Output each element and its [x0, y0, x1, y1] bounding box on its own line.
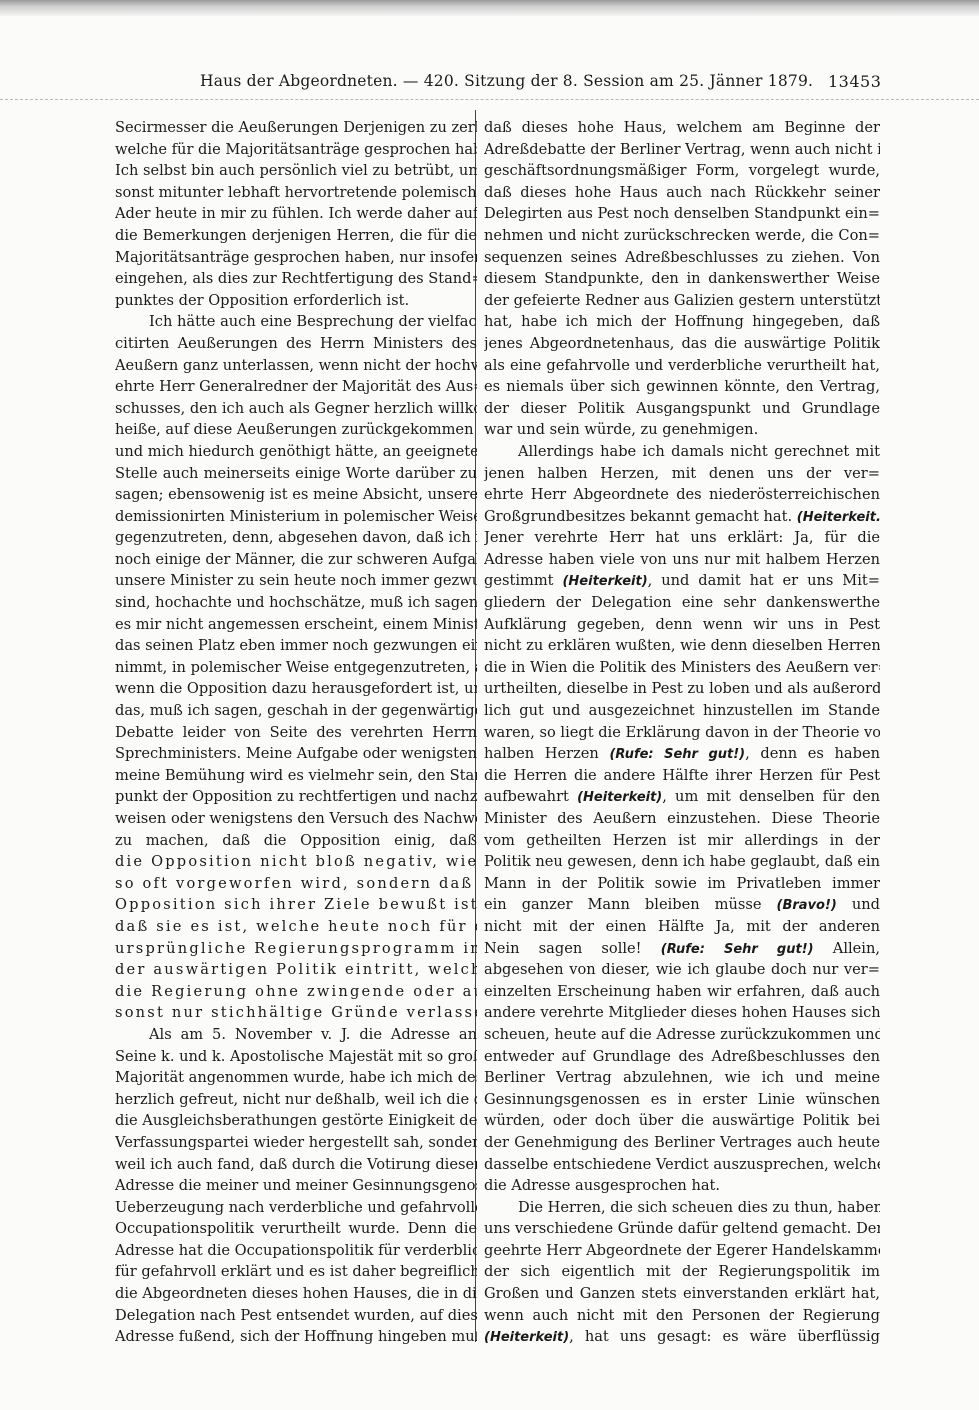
line-text: wenn auch nicht mit den Personen der Reg…: [484, 1307, 880, 1324]
line-text: ehrte Herr Generalredner der Majorität d…: [115, 378, 477, 395]
line-text: die Ausgleichsberathungen gestörte Einig…: [115, 1112, 477, 1129]
text-line: Aeußern ganz unterlassen, wenn nicht der…: [115, 355, 477, 377]
line-text: Berliner Vertrag abzulehnen, wie ich und…: [484, 1069, 880, 1086]
line-text: sagen; ebensowenig ist es meine Absicht,…: [115, 486, 477, 503]
line-text: eingehen, als dies zur Rechtfertigung de…: [115, 270, 477, 287]
text-line: geschäftsordnungsmäßiger Form, vorgelegt…: [484, 160, 880, 182]
text-line: Adresse die meiner und meiner Gesinnungs…: [115, 1175, 477, 1197]
line-text: demissionirten Ministerium in polemische…: [115, 508, 477, 525]
text-line: Großgrundbesitzes bekannt gemacht hat. (…: [484, 506, 880, 528]
text-line: welche für die Majoritätsanträge gesproc…: [115, 139, 477, 161]
text-line: vom getheilten Herzen ist mir allerdings…: [484, 830, 880, 852]
line-text: unsere Minister zu sein heute noch immer…: [115, 572, 477, 589]
text-line: meine Bemühung wird es vielmehr sein, de…: [115, 765, 477, 787]
interjection: (Heiterkeit): [484, 1330, 569, 1345]
line-text: heiße, auf diese Aeußerungen zurückgekom…: [115, 421, 477, 438]
text-line: ein ganzer Mann bleiben müsse (Bravo!) u…: [484, 894, 880, 916]
text-line: es mir nicht angemessen erscheint, einem…: [115, 614, 477, 636]
line-text: jenen halben Herzen, mit denen uns der v…: [484, 465, 880, 482]
line-text: Nein sagen solle!: [484, 940, 642, 957]
text-line: abgesehen von dieser, wie ich glaube doc…: [484, 959, 880, 981]
line-text: Mann in der Politik sowie im Privatleben…: [484, 875, 880, 892]
text-line: Berliner Vertrag abzulehnen, wie ich und…: [484, 1067, 880, 1089]
line-text: Sprechministers. Meine Aufgabe oder weni…: [115, 745, 477, 762]
text-line: Aufklärung gegeben, denn wenn wir uns in…: [484, 614, 880, 636]
text-line: Politik neu gewesen, denn ich habe gegla…: [484, 851, 880, 873]
line-text: gestimmt: [484, 572, 554, 589]
line-text: ehrte Herr Abgeordnete des niederösterre…: [484, 486, 880, 503]
text-line: Debatte leider von Seite des verehrten H…: [115, 722, 477, 744]
text-line: so oft vorgeworfen wird, sondern daß die: [115, 873, 477, 895]
line-text: punkt der Opposition zu rechtfertigen un…: [115, 788, 477, 805]
line-text: Ich hätte auch eine Besprechung der viel…: [149, 313, 477, 330]
text-line: sonst nur stichhältige Gründe verlassen …: [115, 1002, 477, 1024]
text-line: Ueberzeugung nach verderbliche und gefah…: [115, 1197, 477, 1219]
text-line: Ader heute in mir zu fühlen. Ich werde d…: [115, 203, 477, 225]
line-text: die in Wien die Politik des Ministers de…: [484, 659, 880, 676]
text-line: die Ausgleichsberathungen gestörte Einig…: [115, 1110, 477, 1132]
line-text: sonst nur stichhältige Gründe verlassen …: [115, 1004, 477, 1021]
text-line: die Abgeordneten dieses hohen Hauses, di…: [115, 1283, 477, 1305]
line-text: Verfassungspartei wieder hergestellt sah…: [115, 1134, 477, 1151]
line-tail: , hat uns gesagt: es wäre überflüssig: [569, 1328, 880, 1345]
text-line: Majoritätsanträge gesprochen haben, nur …: [115, 247, 477, 269]
line-text: der dieser Politik Ausgangspunkt und Gru…: [484, 400, 880, 417]
line-text: Opposition sich ihrer Ziele bewußt ist, …: [115, 896, 477, 913]
text-line: noch einige der Männer, die zur schweren…: [115, 549, 477, 571]
line-text: geschäftsordnungsmäßiger Form, vorgelegt…: [484, 162, 880, 179]
line-text: zu machen, daß die Opposition einig, daß: [115, 832, 477, 849]
text-line: daß dieses hohe Haus, welchem am Beginne…: [484, 117, 880, 139]
text-line: und mich hiedurch genöthigt hätte, an ge…: [115, 441, 477, 463]
text-line: die Herren die andere Hälfte ihrer Herze…: [484, 765, 880, 787]
text-line: aufbewahrt (Heiterkeit), um mit denselbe…: [484, 786, 880, 808]
line-text: Gesinnungsgenossen es in erster Linie wü…: [484, 1091, 880, 1108]
text-line: Seine k. und k. Apostolische Majestät mi…: [115, 1046, 477, 1068]
line-text: nicht mit der einen Hälfte Ja, mit der a…: [484, 918, 880, 935]
text-line: Delegation nach Pest entsendet wurden, a…: [115, 1305, 477, 1327]
right-column: daß dieses hohe Haus, welchem am Beginne…: [484, 117, 880, 1348]
line-text: Minister des Aeußern einzustehen. Diese …: [484, 810, 880, 827]
line-text: geehrte Herr Abgeordnete der Egerer Hand…: [484, 1242, 880, 1259]
text-line: Sprechministers. Meine Aufgabe oder weni…: [115, 743, 477, 765]
text-line: Nein sagen solle! (Rufe: Sehr gut!) Alle…: [484, 938, 880, 960]
line-text: Großgrundbesitzes bekannt gemacht hat.: [484, 508, 792, 525]
line-text: weil ich auch fand, daß durch die Votiru…: [115, 1156, 477, 1173]
text-line: sagen; ebensowenig ist es meine Absicht,…: [115, 484, 477, 506]
line-text: scheuen, heute auf die Adresse zurückzuk…: [484, 1026, 880, 1043]
text-line: scheuen, heute auf die Adresse zurückzuk…: [484, 1024, 880, 1046]
line-text: Ader heute in mir zu fühlen. Ich werde d…: [115, 205, 477, 222]
header-rule: [0, 99, 979, 100]
text-line: jenes Abgeordnetenhaus, das die auswärti…: [484, 333, 880, 355]
line-text: welche für die Majoritätsanträge gesproc…: [115, 141, 477, 158]
text-line: punktes der Opposition erforderlich ist.: [115, 290, 477, 312]
line-text: der sich eigentlich mit der Regierungspo…: [484, 1263, 880, 1280]
line-text: Secirmesser die Aeußerungen Derjenigen z…: [115, 119, 477, 136]
line-text: meine Bemühung wird es vielmehr sein, de…: [115, 767, 477, 784]
text-line: schusses, den ich auch als Gegner herzli…: [115, 398, 477, 420]
line-text: Ich selbst bin auch persönlich viel zu b…: [115, 162, 477, 179]
line-text: sonst mitunter lebhaft hervortretende po…: [115, 184, 477, 201]
line-text: es mir nicht angemessen erscheint, einem…: [115, 616, 477, 633]
text-line: Jener verehrte Herr hat uns erklärt: Ja,…: [484, 527, 880, 549]
line-text: Adresse fußend, sich der Hoffnung hingeb…: [115, 1328, 477, 1345]
left-column: Secirmesser die Aeußerungen Derjenigen z…: [115, 117, 477, 1348]
line-text: Occupationspolitik verurtheilt wurde. De…: [115, 1220, 477, 1237]
line-text: die Regierung ohne zwingende oder auch: [115, 983, 477, 1000]
line-text: würden, oder doch über die auswärtige Po…: [484, 1112, 880, 1129]
line-text: Allerdings habe ich damals nicht gerechn…: [518, 443, 880, 460]
line-text: diesem Standpunkte, den in dankenswerthe…: [484, 270, 880, 287]
line-text: gegenzutreten, denn, abgesehen davon, da…: [115, 529, 477, 546]
line-tail: und: [837, 896, 880, 913]
line-text: jenes Abgeordnetenhaus, das die auswärti…: [484, 335, 880, 352]
line-text: Debatte leider von Seite des verehrten H…: [115, 724, 477, 741]
text-line: Adresse fußend, sich der Hoffnung hingeb…: [115, 1326, 477, 1348]
text-line: entweder auf Grundlage des Adreßbeschlus…: [484, 1046, 880, 1068]
text-line: Als am 5. November v. J. die Adresse an: [115, 1024, 477, 1046]
line-text: schusses, den ich auch als Gegner herzli…: [115, 400, 477, 417]
line-text: ursprüngliche Regierungsprogramm in: [115, 940, 477, 957]
text-line: Adresse haben viele von uns nur mit halb…: [484, 549, 880, 571]
text-line: ehrte Herr Generalredner der Majorität d…: [115, 376, 477, 398]
line-text: das, muß ich sagen, geschah in der gegen…: [115, 702, 477, 719]
line-text: wenn die Opposition dazu herausgefordert…: [115, 680, 477, 697]
text-line: uns verschiedene Gründe dafür geltend ge…: [484, 1218, 880, 1240]
line-text: und mich hiedurch genöthigt hätte, an ge…: [115, 443, 477, 460]
line-text: hat, habe ich mich der Hoffnung hingegeb…: [484, 313, 880, 330]
text-line: nimmt, in polemischer Weise entgegenzutr…: [115, 657, 477, 679]
line-text: es niemals über sich gewinnen könnte, de…: [484, 378, 880, 395]
text-line: die Bemerkungen derjenigen Herren, die f…: [115, 225, 477, 247]
text-line: nicht mit der einen Hälfte Ja, mit der a…: [484, 916, 880, 938]
line-text: Aeußern ganz unterlassen, wenn nicht der…: [115, 357, 477, 374]
text-line: andere verehrte Mitglieder dieses hohen …: [484, 1002, 880, 1024]
text-line: die Adresse ausgesprochen hat.: [484, 1175, 880, 1197]
line-text: Die Herren, die sich scheuen dies zu thu…: [518, 1199, 880, 1216]
line-text: nicht zu erklären wußten, wie denn diese…: [484, 637, 880, 654]
text-line: Mann in der Politik sowie im Privatleben…: [484, 873, 880, 895]
text-line: Adreßdebatte der Berliner Vertrag, wenn …: [484, 139, 880, 161]
text-line: weil ich auch fand, daß durch die Votiru…: [115, 1154, 477, 1176]
text-line: wenn die Opposition dazu herausgefordert…: [115, 678, 477, 700]
line-text: andere verehrte Mitglieder dieses hohen …: [484, 1004, 880, 1021]
line-text: noch einige der Männer, die zur schweren…: [115, 551, 477, 568]
interjection: (Bravo!): [777, 898, 837, 913]
text-line: Majorität angenommen wurde, habe ich mic…: [115, 1067, 477, 1089]
line-text: Aufklärung gegeben, denn wenn wir uns in…: [484, 616, 880, 633]
line-text: urtheilten, dieselbe in Pest zu loben un…: [484, 680, 880, 697]
text-line: nehmen und nicht zurückschrecken werde, …: [484, 225, 880, 247]
line-text: Delegation nach Pest entsendet wurden, a…: [115, 1307, 477, 1324]
line-text: Seine k. und k. Apostolische Majestät mi…: [115, 1048, 477, 1065]
line-text: die Opposition nicht bloß negativ, wie i…: [115, 853, 477, 870]
text-line: diesem Standpunkte, den in dankenswerthe…: [484, 268, 880, 290]
text-line: sind, hochachte und hochschätze, muß ich…: [115, 592, 477, 614]
line-text: Majorität angenommen wurde, habe ich mic…: [115, 1069, 477, 1086]
text-line: die in Wien die Politik des Ministers de…: [484, 657, 880, 679]
text-line: punkt der Opposition zu rechtfertigen un…: [115, 786, 477, 808]
text-line: der sich eigentlich mit der Regierungspo…: [484, 1261, 880, 1283]
text-line: Die Herren, die sich scheuen dies zu thu…: [484, 1197, 880, 1219]
line-text: ein ganzer Mann bleiben müsse: [484, 896, 762, 913]
line-text: Adresse hat die Occupationspolitik für v…: [115, 1242, 477, 1259]
text-line: Occupationspolitik verurtheilt wurde. De…: [115, 1218, 477, 1240]
line-text: Jener verehrte Herr hat uns erklärt: Ja,…: [484, 529, 880, 546]
text-line: eingehen, als dies zur Rechtfertigung de…: [115, 268, 477, 290]
line-text: der gefeierte Redner aus Galizien gester…: [484, 292, 880, 309]
text-line: Secirmesser die Aeußerungen Derjenigen z…: [115, 117, 477, 139]
text-line: war und sein würde, zu genehmigen.: [484, 419, 880, 441]
line-text: die Adresse ausgesprochen hat.: [484, 1177, 720, 1194]
line-tail: , und damit hat er uns Mit=: [648, 572, 880, 589]
text-line: citirten Aeußerungen des Herrn Ministers…: [115, 333, 477, 355]
page-number: 13453: [828, 72, 881, 91]
line-tail: , denn es haben: [745, 745, 880, 762]
line-text: war und sein würde, zu genehmigen.: [484, 421, 758, 438]
line-tail: , um mit denselben für den: [662, 788, 880, 805]
text-line: (Heiterkeit), hat uns gesagt: es wäre üb…: [484, 1326, 880, 1348]
text-line: geehrte Herr Abgeordnete der Egerer Hand…: [484, 1240, 880, 1262]
text-line: Opposition sich ihrer Ziele bewußt ist, …: [115, 894, 477, 916]
interjection: (Heiterkeit): [577, 790, 662, 805]
text-line: jenen halben Herzen, mit denen uns der v…: [484, 463, 880, 485]
line-text: die Herren die andere Hälfte ihrer Herze…: [484, 767, 880, 784]
line-text: citirten Aeußerungen des Herrn Ministers…: [115, 335, 477, 352]
text-line: Ich hätte auch eine Besprechung der viel…: [115, 311, 477, 333]
line-text: aufbewahrt: [484, 788, 569, 805]
line-text: Politik neu gewesen, denn ich habe gegla…: [484, 853, 880, 870]
line-text: Adresse haben viele von uns nur mit halb…: [484, 551, 880, 568]
line-text: Großen und Ganzen stets einverstanden er…: [484, 1285, 880, 1302]
line-text: Delegirten aus Pest noch denselben Stand…: [484, 205, 880, 222]
line-text: vom getheilten Herzen ist mir allerdings…: [484, 832, 880, 849]
text-line: waren, so liegt die Erklärung davon in d…: [484, 722, 880, 744]
line-text: entweder auf Grundlage des Adreßbeschlus…: [484, 1048, 880, 1065]
running-head: Haus der Abgeordneten. — 420. Sitzung de…: [200, 72, 813, 90]
text-line: demissionirten Ministerium in polemische…: [115, 506, 477, 528]
line-text: Adresse die meiner und meiner Gesinnungs…: [115, 1177, 477, 1194]
line-text: dasselbe entschiedene Verdict auszusprec…: [484, 1156, 880, 1173]
interjection: (Rufe: Sehr gut!): [609, 747, 745, 762]
text-line: der gefeierte Redner aus Galizien gester…: [484, 290, 880, 312]
line-text: als eine gefahrvolle und verderbliche ve…: [484, 357, 880, 374]
text-line: als eine gefahrvolle und verderbliche ve…: [484, 355, 880, 377]
text-line: zu machen, daß die Opposition einig, daß: [115, 830, 477, 852]
text-line: Adresse hat die Occupationspolitik für v…: [115, 1240, 477, 1262]
line-text: der Genehmigung des Berliner Vertrages a…: [484, 1134, 880, 1151]
line-text: Stelle auch meinerseits einige Worte dar…: [115, 465, 477, 482]
text-line: ursprüngliche Regierungsprogramm in: [115, 938, 477, 960]
line-text: Ueberzeugung nach verderbliche und gefah…: [115, 1199, 477, 1216]
text-line: Verfassungspartei wieder hergestellt sah…: [115, 1132, 477, 1154]
line-text: weisen oder wenigstens den Versuch des N…: [115, 810, 477, 827]
text-line: halben Herzen (Rufe: Sehr gut!), denn es…: [484, 743, 880, 765]
text-line: einzelten Erscheinung haben wir erfahren…: [484, 981, 880, 1003]
text-line: gliedern der Delegation eine sehr danken…: [484, 592, 880, 614]
line-text: Als am 5. November v. J. die Adresse an: [149, 1026, 477, 1043]
text-line: Minister des Aeußern einzustehen. Diese …: [484, 808, 880, 830]
interjection: (Heiterkeit): [562, 574, 647, 589]
text-line: herzlich gefreut, nicht nur deßhalb, wei…: [115, 1089, 477, 1111]
text-line: Stelle auch meinerseits einige Worte dar…: [115, 463, 477, 485]
text-line: heiße, auf diese Aeußerungen zurückgekom…: [115, 419, 477, 441]
line-text: lich gut und ausgezeichnet hinzustellen …: [484, 702, 880, 719]
text-line: würden, oder doch über die auswärtige Po…: [484, 1110, 880, 1132]
line-text: für gefahrvoll erklärt und es ist daher …: [115, 1263, 477, 1280]
line-text: der auswärtigen Politik eintritt, welche…: [115, 961, 477, 978]
text-line: Ich selbst bin auch persönlich viel zu b…: [115, 160, 477, 182]
line-text: sind, hochachte und hochschätze, muß ich…: [115, 594, 477, 611]
text-line: Delegirten aus Pest noch denselben Stand…: [484, 203, 880, 225]
text-line: weisen oder wenigstens den Versuch des N…: [115, 808, 477, 830]
text-line: für gefahrvoll erklärt und es ist daher …: [115, 1261, 477, 1283]
text-line: Großen und Ganzen stets einverstanden er…: [484, 1283, 880, 1305]
text-line: gegenzutreten, denn, abgesehen davon, da…: [115, 527, 477, 549]
line-text: Majoritätsanträge gesprochen haben, nur …: [115, 249, 477, 266]
text-line: nicht zu erklären wußten, wie denn diese…: [484, 635, 880, 657]
page-header: Haus der Abgeordneten. — 420. Sitzung de…: [0, 72, 979, 100]
line-text: einzelten Erscheinung haben wir erfahren…: [484, 983, 880, 1000]
line-text: nehmen und nicht zurückschrecken werde, …: [484, 227, 880, 244]
text-line: sequenzen seines Adreßbeschlusses zu zie…: [484, 247, 880, 269]
text-line: urtheilten, dieselbe in Pest zu loben un…: [484, 678, 880, 700]
line-text: die Abgeordneten dieses hohen Hauses, di…: [115, 1285, 477, 1302]
interjection: (Heiterkeit.): [797, 510, 880, 525]
line-tail: Allein,: [814, 940, 880, 957]
text-line: unsere Minister zu sein heute noch immer…: [115, 570, 477, 592]
line-text: Adreßdebatte der Berliner Vertrag, wenn …: [484, 141, 880, 158]
text-line: das seinen Platz eben immer noch gezwung…: [115, 635, 477, 657]
text-line: daß dieses hohe Haus auch nach Rückkehr …: [484, 182, 880, 204]
line-text: so oft vorgeworfen wird, sondern daß die: [115, 875, 477, 892]
line-text: das seinen Platz eben immer noch gezwung…: [115, 637, 477, 654]
line-text: die Bemerkungen derjenigen Herren, die f…: [115, 227, 477, 244]
text-line: sonst mitunter lebhaft hervortretende po…: [115, 182, 477, 204]
line-text: abgesehen von dieser, wie ich glaube doc…: [484, 961, 880, 978]
line-text: daß dieses hohe Haus, welchem am Beginne…: [484, 119, 880, 136]
line-text: daß dieses hohe Haus auch nach Rückkehr …: [484, 184, 880, 201]
line-text: sequenzen seines Adreßbeschlusses zu zie…: [484, 249, 880, 266]
text-line: dasselbe entschiedene Verdict auszusprec…: [484, 1154, 880, 1176]
line-text: gliedern der Delegation eine sehr danken…: [484, 594, 880, 611]
text-line: daß sie es ist, welche heute noch für da…: [115, 916, 477, 938]
line-text: halben Herzen: [484, 745, 599, 762]
text-line: lich gut und ausgezeichnet hinzustellen …: [484, 700, 880, 722]
text-line: der dieser Politik Ausgangspunkt und Gru…: [484, 398, 880, 420]
text-line: die Regierung ohne zwingende oder auch: [115, 981, 477, 1003]
text-line: das, muß ich sagen, geschah in der gegen…: [115, 700, 477, 722]
text-line: Allerdings habe ich damals nicht gerechn…: [484, 441, 880, 463]
text-line: ehrte Herr Abgeordnete des niederösterre…: [484, 484, 880, 506]
text-line: der Genehmigung des Berliner Vertrages a…: [484, 1132, 880, 1154]
text-line: der auswärtigen Politik eintritt, welche…: [115, 959, 477, 981]
text-line: es niemals über sich gewinnen könnte, de…: [484, 376, 880, 398]
line-text: daß sie es ist, welche heute noch für da…: [115, 918, 477, 935]
text-line: gestimmt (Heiterkeit), und damit hat er …: [484, 570, 880, 592]
line-text: punktes der Opposition erforderlich ist.: [115, 292, 409, 309]
line-text: herzlich gefreut, nicht nur deßhalb, wei…: [115, 1091, 477, 1108]
text-line: wenn auch nicht mit den Personen der Reg…: [484, 1305, 880, 1327]
interjection: (Rufe: Sehr gut!): [661, 942, 814, 957]
line-text: nimmt, in polemischer Weise entgegenzutr…: [115, 659, 477, 676]
line-text: uns verschiedene Gründe dafür geltend ge…: [484, 1220, 880, 1237]
scan-edge-shadow: [0, 0, 979, 16]
line-text: waren, so liegt die Erklärung davon in d…: [484, 724, 880, 741]
text-line: die Opposition nicht bloß negativ, wie i…: [115, 851, 477, 873]
text-line: Gesinnungsgenossen es in erster Linie wü…: [484, 1089, 880, 1111]
text-line: hat, habe ich mich der Hoffnung hingegeb…: [484, 311, 880, 333]
